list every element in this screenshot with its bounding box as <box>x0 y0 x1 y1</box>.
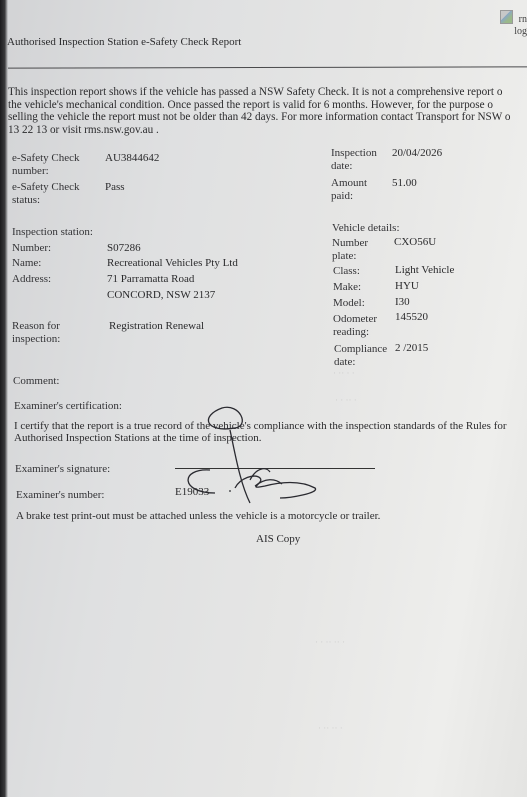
odometer-value: 145520 <box>395 311 428 324</box>
make-label: Make: <box>333 281 361 294</box>
logo-alt-text-2: log <box>514 26 527 37</box>
station-number-label: Number: <box>12 242 51 255</box>
reason-label: Reason for inspection: <box>12 320 82 345</box>
model-value: I30 <box>395 296 410 309</box>
check-number-label: e-Safety Check number: <box>12 152 87 177</box>
show-through-text: · · ·· · <box>335 395 357 405</box>
model-label: Model: <box>333 297 365 310</box>
certification-text: I certify that the report is a true reco… <box>14 420 507 444</box>
header-divider <box>8 66 527 68</box>
station-address-label: Address: <box>12 273 51 286</box>
amount-paid-label: Amount paid: <box>331 177 389 202</box>
signature-label: Examiner's signature: <box>15 463 110 476</box>
intro-line: 13 22 13 or visit rms.nsw.gov.au . <box>8 124 527 137</box>
vehicle-heading: Vehicle details: <box>332 222 400 235</box>
intro-paragraph: This inspection report shows if the vehi… <box>8 86 527 136</box>
logo-placeholder: rn log <box>500 10 527 38</box>
class-value: Light Vehicle <box>395 264 454 277</box>
comment-label: Comment: <box>13 375 59 388</box>
show-through-text: · ·· · · <box>333 368 355 378</box>
examiner-number-label: Examiner's number: <box>16 489 104 502</box>
station-name-label: Name: <box>12 257 41 270</box>
reason-value: Registration Renewal <box>109 320 204 333</box>
compliance-label: Compliance date: <box>334 343 394 368</box>
copy-label: AIS Copy <box>256 533 300 546</box>
station-number-value: S07286 <box>107 242 141 255</box>
certification-label: Examiner's certification: <box>14 400 122 413</box>
station-address-line1: 71 Parramatta Road <box>107 273 194 286</box>
certification-line: Authorised Inspection Stations at the ti… <box>14 432 261 444</box>
show-through-text: · · ·· ·· · <box>315 637 345 647</box>
compliance-value: 2 /2015 <box>395 342 428 355</box>
check-status-label: e-Safety Check status: <box>12 181 87 206</box>
intro-line: This inspection report shows if the vehi… <box>8 86 502 98</box>
show-through-text: · ·· ·· · <box>318 723 343 733</box>
broken-image-icon <box>500 10 513 24</box>
class-label: Class: <box>333 265 360 278</box>
check-number-value: AU3844642 <box>105 152 159 165</box>
plate-value: CXO56U <box>394 236 436 249</box>
logo-alt-text: rn <box>519 14 527 25</box>
signature-line <box>175 468 375 469</box>
station-heading: Inspection station: <box>12 226 93 239</box>
intro-line: selling the vehicle the report must not … <box>8 111 511 123</box>
station-address-line2: CONCORD, NSW 2137 <box>107 289 215 302</box>
certification-line: I certify that the report is a true reco… <box>14 420 507 432</box>
report-title: Authorised Inspection Station e-Safety C… <box>7 36 241 48</box>
examiner-number-value: E19033 <box>175 486 209 499</box>
plate-label: Number plate: <box>332 237 387 262</box>
station-name-value: Recreational Vehicles Pty Ltd <box>107 257 238 270</box>
photo-left-edge <box>0 0 8 797</box>
check-status-value: Pass <box>105 181 125 194</box>
odometer-label: Odometer reading: <box>333 313 393 338</box>
inspection-date-label: Inspection date: <box>331 147 389 172</box>
inspection-date-value: 20/04/2026 <box>392 147 442 160</box>
amount-paid-value: 51.00 <box>392 177 417 190</box>
intro-line: the vehicle's mechanical condition. Once… <box>8 99 493 111</box>
make-value: HYU <box>395 280 419 293</box>
brake-test-note: A brake test print-out must be attached … <box>16 510 380 523</box>
